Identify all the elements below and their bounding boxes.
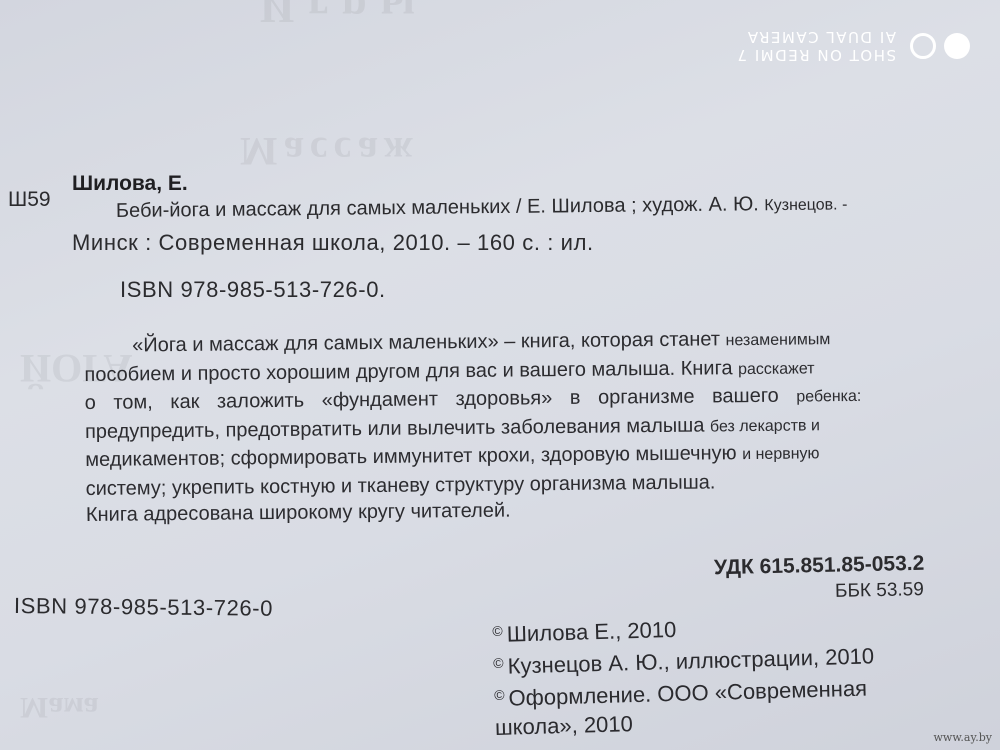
site-watermark: www.ay.by [933,731,992,744]
watermark-line-device: SHOT ON REDMI 7 [736,46,896,64]
camera-watermark-text: SHOT ON REDMI 7 AI DUAL CAMERA [736,28,896,64]
title-line: Беби-йога и массаж для самых маленьких /… [116,192,848,223]
illustrator-text: Кузнецов. - [764,196,847,214]
title-text: Беби-йога и массаж для самых маленьких /… [116,193,765,222]
outline-circle-icon [910,33,936,59]
udk-label: УДК [713,555,753,579]
bleed-through-text: Массаж [240,128,419,175]
copyright-icon: © [492,623,503,639]
bbk-code: ББК 53.59 [835,579,924,603]
bleed-through-text: Игры [260,0,429,33]
author-heading: Шилова, Е. [72,172,188,196]
abstract: «Йога и массаж для самых маленьких» – кн… [84,324,986,529]
class-code: Ш59 [8,188,51,212]
bleed-through-text: Мама [20,690,99,724]
copyright-icon: © [494,687,505,703]
publication-line: Минск : Современная школа, 2010. – 160 с… [72,230,594,256]
isbn-bottom: ISBN 978-985-513-726-0 [14,593,273,622]
watermark-line-camera: AI DUAL CAMERA [736,28,896,46]
udk-code: УДК 615.851.85-053.2 [713,552,924,580]
copyright-block: ©Шилова Е., 2010 ©Кузнецов А. Ю., иллюст… [492,606,876,742]
udk-value: 615.851.85-053.2 [759,552,924,578]
isbn-record: ISBN 978-985-513-726-0. [120,277,386,303]
filled-circle-icon [944,33,970,59]
copyright-icon: © [493,655,504,671]
camera-watermark: SHOT ON REDMI 7 AI DUAL CAMERA [736,28,970,64]
camera-logo [910,33,970,59]
